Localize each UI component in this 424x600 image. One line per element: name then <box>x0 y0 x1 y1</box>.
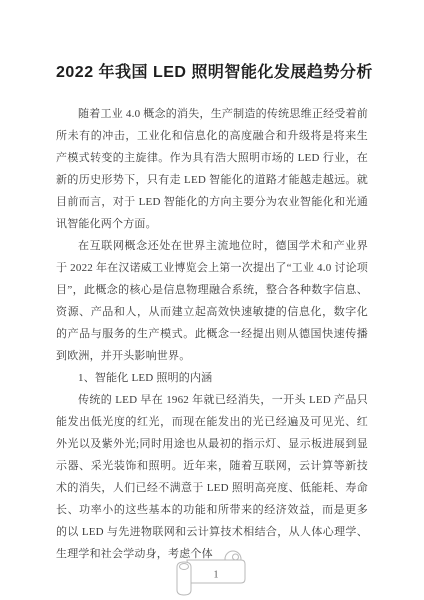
document-body: 随着工业 4.0 概念的消失，生产制造的传统思维正经受着前所未有的冲击，工业化和… <box>56 103 368 565</box>
document-page: 2022 年我国 LED 照明智能化发展趋势分析 随着工业 4.0 概念的消失，… <box>0 0 424 600</box>
paragraph-2: 在互联网概念还处在世界主流地位时，德国学术和产业界于 2022 年在汉诺威工业博… <box>56 235 368 367</box>
scroll-banner-icon: 1 <box>171 548 253 598</box>
paragraph-3: 传统的 LED 早在 1962 年就已经消失，一开头 LED 产品只能发出低光度… <box>56 389 368 565</box>
page-number: 1 <box>214 569 219 580</box>
paragraph-1: 随着工业 4.0 概念的消失，生产制造的传统思维正经受着前所未有的冲击，工业化和… <box>56 103 368 235</box>
page-title: 2022 年我国 LED 照明智能化发展趋势分析 <box>56 60 368 86</box>
section-heading-1: 1、智能化 LED 照明的内涵 <box>56 367 368 389</box>
page-footer: 1 <box>171 548 253 598</box>
